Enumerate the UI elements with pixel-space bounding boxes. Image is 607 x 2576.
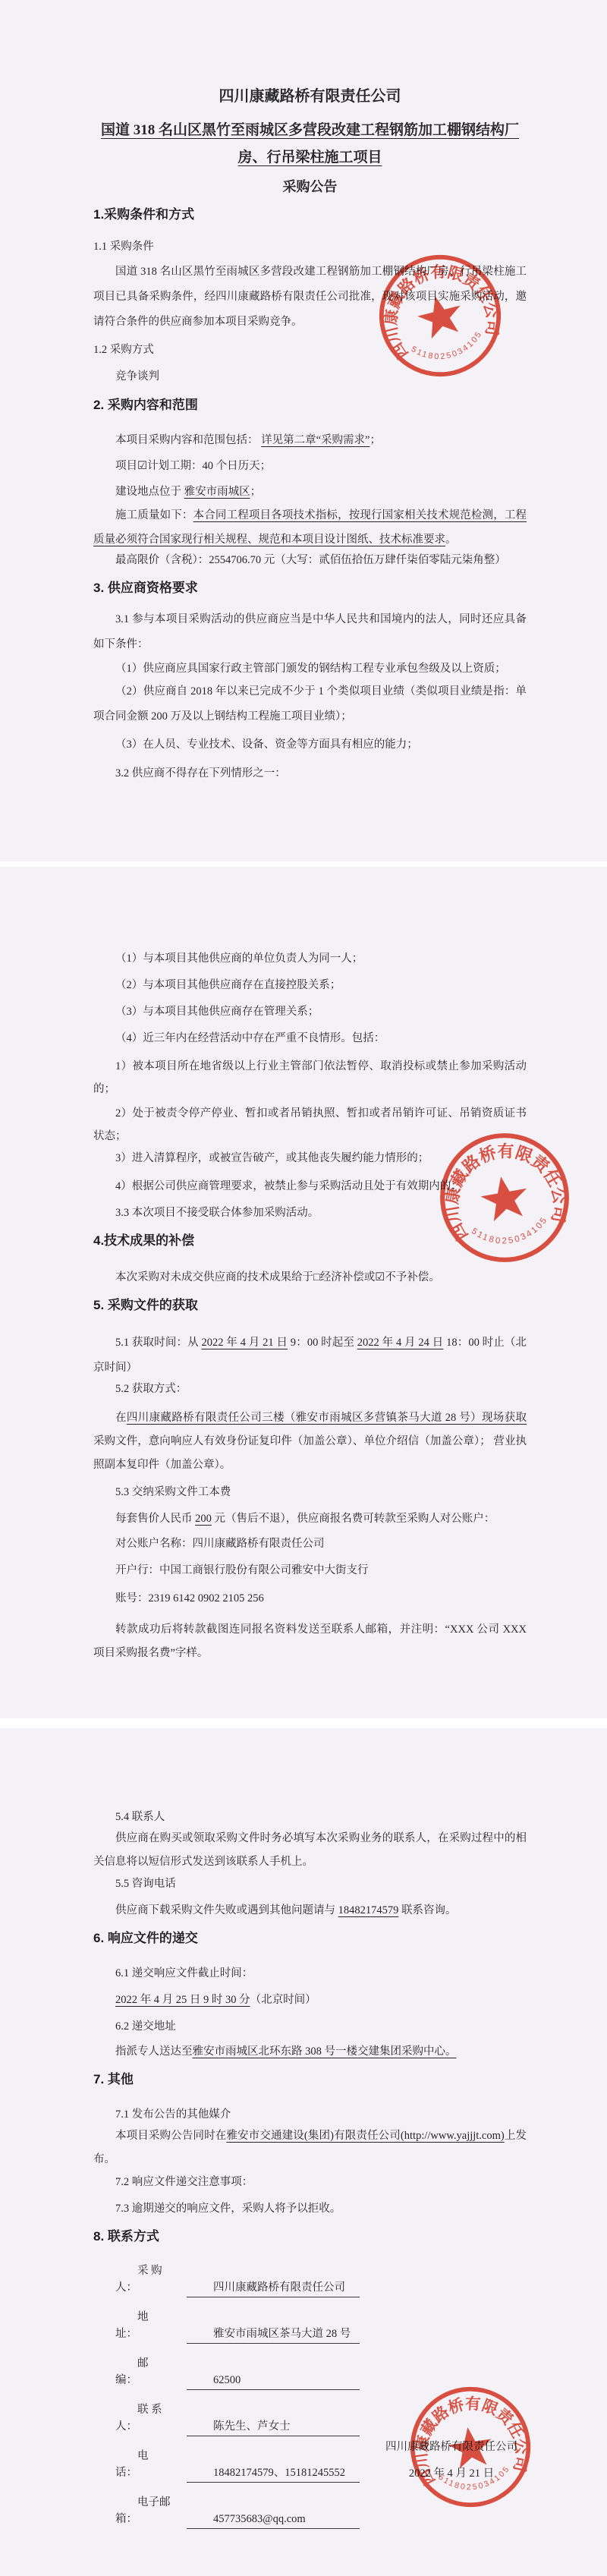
procurement-method: 竞争谈判 [93, 368, 527, 385]
compensation-line: 本次采购对未成交供应商的技术成果给于□经济补偿或☑不予补偿。 [93, 1269, 527, 1286]
section-1-1-label: 1.1 采购条件 [93, 238, 527, 255]
section-7-heading: 7. 其他 [93, 2070, 527, 2089]
publish-website: 雅安市交通建设(集团)有限责任公司(http://www.yajjjt.com) [226, 2130, 504, 2142]
postcode-value: 62500 [187, 2372, 360, 2390]
qualification-item-1: （1）供应商应具国家行政主管部门颁发的钢结构工程专业承包叁级及以上资质； [93, 660, 527, 677]
contact-row-person: 联 系 人：陈先生、芦女士 [93, 2401, 527, 2436]
section-3-2-label: 3.2 供应商不得存在下列情形之一： [93, 765, 527, 782]
hotline-line: 供应商下载采购文件失败或遇到其他问题请与 18482174579 联系咨询。 [93, 1902, 527, 1919]
section-5-2-label: 5.2 获取方式： [93, 1381, 527, 1397]
restriction-sub-1: 1）被本项目所在地省级以上行业主管部门依法暂停、取消投标或禁止参加采购活动的； [93, 1055, 527, 1101]
restriction-sub-2: 2）处于被责令停产停业、暂扣或者吊销执照、暂扣或者吊销许可证、吊销资质证书状态； [93, 1102, 527, 1148]
quality-line: 施工质量如下：本合同工程项目各项技术指标，按现行国家相关技术规范检测，工程质量必… [93, 503, 527, 552]
document-page-2: （1）与本项目其他供应商的单位负责人为同一人； （2）与本项目其他供应商存在直接… [0, 867, 607, 1718]
transfer-note-line: 转款成功后将转款截图连同报名资料发送至联系人邮箱，并注明：“XXX 公司 XXX… [93, 1618, 527, 1665]
document-fee-line: 每套售价人民币 200 元（售后不退），供应商报名费可转款至采购人对公账户： [93, 1510, 527, 1527]
section-1-heading: 1.采购条件和方式 [93, 205, 527, 225]
contact-row-purchaser: 采 购 人：四川康藏路桥有限责任公司 [93, 2263, 527, 2297]
deadline-date: 2022 年 4 月 25 日 9 时 30 分 [115, 1994, 250, 2006]
section-4-heading: 4.技术成果的补偿 [93, 1231, 527, 1251]
location-value: 雅安市雨城区 [184, 486, 250, 498]
section-6-2-label: 6.2 递交地址 [93, 2018, 527, 2035]
section-8-heading: 8. 联系方式 [93, 2227, 527, 2247]
obtain-end-date: 2022 年 4 月 24 日 [357, 1337, 444, 1349]
section-7-1-label: 7.1 发布公告的其他媒介 [93, 2106, 527, 2123]
obtain-method-line: 在四川康藏路桥有限责任公司三楼（雅安市雨城区多营镇茶马大道 28 号）现场获取采… [93, 1406, 527, 1477]
scope-line: 本项目采购内容和范围包括： 详见第二章“采购需求”； [93, 432, 527, 449]
account-name-line: 对公账户名称：四川康藏路桥有限责任公司 [93, 1535, 527, 1552]
publish-media-line: 本项目采购公告同时在雅安市交通建设(集团)有限责任公司(http://www.y… [93, 2124, 527, 2171]
page-separator [0, 861, 607, 867]
obtain-start-date: 2022 年 4 月 21 日 [202, 1337, 288, 1349]
scope-reference: 详见第二章“采购需求” [261, 434, 370, 446]
page-title: 四川康藏路桥有限责任公司 [93, 85, 527, 108]
purchaser-value: 四川康藏路桥有限责任公司 [187, 2279, 360, 2297]
contact-row-address: 地 址：雅安市雨城区茶马大道 28 号 [93, 2309, 527, 2344]
qualification-item-3: （3）在人员、专业技术、设备、资金等方面具有相应的能力； [93, 736, 527, 753]
address-value: 雅安市雨城区茶马大道 28 号 [187, 2326, 360, 2344]
restriction-sub-4: 4）根据公司供应商管理要求，被禁止参与采购活动且处于有效期内的； [93, 1178, 527, 1195]
fee-amount: 200 [195, 1513, 212, 1525]
delivery-address: 雅安市雨城区北环东路 308 号一楼交建集团采购中心。 [193, 2045, 457, 2058]
section-7-3-line: 7.3 逾期递交的响应文件，采购人将予以拒收。 [93, 2200, 527, 2217]
delivery-address-line: 指派专人送达至雅安市雨城区北环东路 308 号一楼交建集团采购中心。 [93, 2043, 527, 2060]
section-2-heading: 2. 采购内容和范围 [93, 395, 527, 415]
section-5-3-label: 5.3 交纳采购文件工本费 [93, 1484, 527, 1501]
section-5-4-label: 5.4 联系人 [93, 1809, 527, 1825]
document-page-3: 5.4 联系人 供应商在购买或领取采购文件时务必填写本次采购业务的联系人，在采购… [0, 1728, 607, 2576]
section-3-heading: 3. 供应商资格要求 [93, 578, 527, 598]
restriction-sub-3: 3）进入清算程序，或被宣告破产，或其他丧失履约能力情形的； [93, 1150, 527, 1167]
bank-line: 开户行：中国工商银行股份有限公司雅安中大街支行 [93, 1562, 527, 1579]
restriction-item-1: （1）与本项目其他供应商的单位负责人为同一人； [93, 950, 527, 967]
location-line: 建设地点位于 雅安市雨城区； [93, 483, 527, 500]
qualification-item-2: （2）供应商自 2018 年以来已完成不少于 1 个类似项目业绩（类似项目业绩是… [93, 679, 527, 729]
contact-person-note: 供应商在购买或领取采购文件时务必填写本次采购业务的联系人，在采购过程中的相关信息… [93, 1827, 527, 1874]
section-5-5-label: 5.5 咨询电话 [93, 1875, 527, 1892]
page-separator [0, 1718, 607, 1728]
obtain-time-line: 5.1 获取时间：从 2022 年 4 月 21 日 9：00 时起至 2022… [93, 1331, 527, 1381]
account-number-line: 账号：2319 6142 0902 2105 256 [93, 1590, 527, 1607]
restriction-item-2: （2）与本项目其他供应商存在直接控股关系； [93, 977, 527, 994]
section-1-1-text: 国道 318 名山区黑竹至雨城区多营段改建工程钢筋加工棚钢结构厂房、行吊梁柱施工… [93, 260, 527, 335]
announcement-subtitle: 采购公告 [93, 176, 527, 197]
document-page-1: 四川康藏路桥有限责任公司 国道 318 名山区黑竹至雨城区多营段改建工程钢筋加工… [0, 0, 607, 861]
section-7-2-line: 7.2 响应文件递交注意事项： [93, 2174, 527, 2190]
contact-person-value: 陈先生、芦女士 [187, 2418, 360, 2436]
deadline-line: 2022 年 4 月 25 日 9 时 30 分（北京时间） [93, 1992, 527, 2008]
restriction-item-4: （4）近三年内在经营活动中存在严重不良情形。包括： [93, 1030, 527, 1047]
section-5-heading: 5. 采购文件的获取 [93, 1296, 527, 1315]
section-3-3-text: 3.3 本次项目不接受联合体参加采购活动。 [93, 1205, 527, 1221]
section-6-1-label: 6.1 递交响应文件截止时间： [93, 1965, 527, 1982]
restriction-item-3: （3）与本项目其他供应商存在管理关系； [93, 1003, 527, 1020]
signature-company: 四川康藏路桥有限责任公司 [363, 2439, 540, 2455]
hotline-number: 18482174579 [338, 1904, 399, 1916]
price-cap-line: 最高限价（含税）：2554706.70 元（大写：贰佰伍拾伍万肆仟柒佰零陆元柒角… [93, 552, 527, 568]
project-title: 国道 318 名山区黑竹至雨城区多营段改建工程钢筋加工棚钢结构厂房、行吊梁柱施工… [93, 117, 527, 172]
signature-block: 四川康藏路桥有限责任公司 2022 年 4 月 21 日 [363, 2439, 540, 2482]
signature-date: 2022 年 4 月 21 日 [363, 2465, 540, 2482]
contact-row-email: 电子邮箱：457735683@qq.com [93, 2494, 527, 2529]
section-6-heading: 6. 响应文件的递交 [93, 1929, 527, 1948]
phone-value: 18482174579、15181245552 [187, 2464, 360, 2483]
email-value: 457735683@qq.com [187, 2511, 360, 2529]
supplier-qualification-intro: 3.1 参与本项目采购活动的供应商应当是中华人民共和国境内的法人，同时还应具备如… [93, 607, 527, 657]
obtain-address: 四川康藏路桥有限责任公司三楼（雅安市雨城区多营镇茶马大道 28 号）现场获取 [127, 1412, 527, 1424]
duration-line: 项目☑计划工期：40 个日历天； [93, 458, 527, 474]
section-1-2-label: 1.2 采购方式 [93, 342, 527, 358]
contact-row-postcode: 邮 编：62500 [93, 2355, 527, 2390]
